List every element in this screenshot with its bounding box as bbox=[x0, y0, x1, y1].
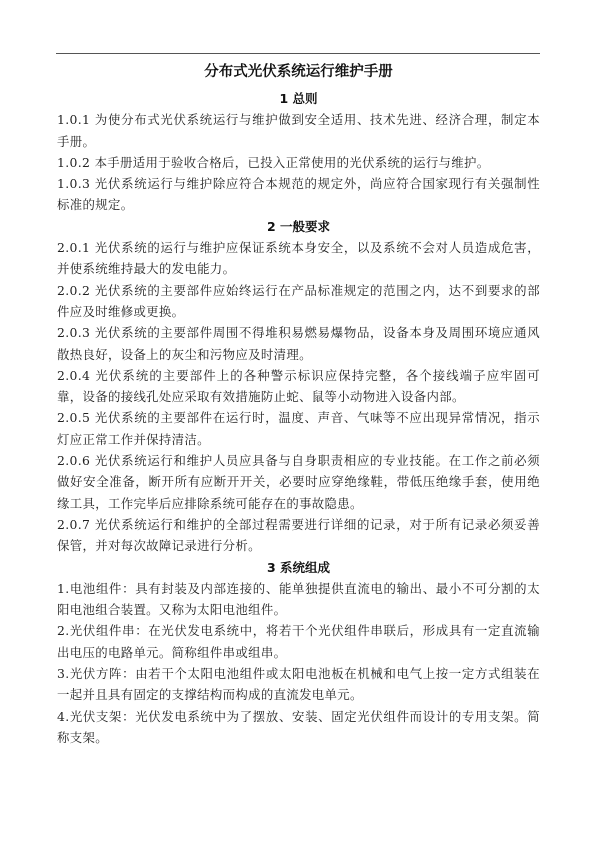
definition-pv-array: 3.光伏方阵：由若干个太阳电池组件或太阳电池板在机械和电气上按一定方式组装在一起… bbox=[57, 663, 540, 706]
clause-2-0-7: 2.0.7 光伏系统运行和维护的全部过程需要进行详细的记录，对于所有记录必须妥善… bbox=[57, 514, 540, 557]
section-heading: 2 一般要求 bbox=[57, 216, 540, 237]
section-system-composition: 3 系统组成 1.电池组件：具有封装及内部连接的、能单独提供直流电的输出、最小不… bbox=[57, 557, 540, 749]
document-body: 1 总则 1.0.1 为使分布式光伏系统运行与维护做到安全适用、技术先进、经济合… bbox=[57, 88, 540, 748]
clause-1-0-1: 1.0.1 为使分布式光伏系统运行与维护做到安全适用、技术先进、经济合理，制定本… bbox=[57, 109, 540, 152]
clause-2-0-3: 2.0.3 光伏系统的主要部件周围不得堆积易燃易爆物品，设备本身及周围环境应通风… bbox=[57, 322, 540, 365]
clause-2-0-6: 2.0.6 光伏系统运行和维护人员应具备与自身职责相应的专业技能。在工作之前必须… bbox=[57, 450, 540, 514]
definition-pv-bracket: 4.光伏支架：光伏发电系统中为了摆放、安装、固定光伏组件而设计的专用支架。简称支… bbox=[57, 706, 540, 749]
clause-1-0-3: 1.0.3 光伏系统运行与维护除应符合本规范的规定外，尚应符合国家现行有关强制性… bbox=[57, 173, 540, 216]
section-heading: 1 总则 bbox=[57, 88, 540, 109]
clause-1-0-2: 1.0.2 本手册适用于验收合格后，已投入正常使用的光伏系统的运行与维护。 bbox=[57, 152, 540, 173]
section-heading: 3 系统组成 bbox=[57, 557, 540, 578]
header-rule bbox=[56, 53, 540, 54]
definition-pv-module: 1.电池组件：具有封装及内部连接的、能单独提供直流电的输出、最小不可分割的太阳电… bbox=[57, 578, 540, 621]
clause-2-0-4: 2.0.4 光伏系统的主要部件上的各种警示标识应保持完整，各个接线端子应牢固可靠… bbox=[57, 365, 540, 408]
clause-2-0-2: 2.0.2 光伏系统的主要部件应始终运行在产品标准规定的范围之内，达不到要求的部… bbox=[57, 280, 540, 323]
section-general-principles: 1 总则 1.0.1 为使分布式光伏系统运行与维护做到安全适用、技术先进、经济合… bbox=[57, 88, 540, 216]
section-general-requirements: 2 一般要求 2.0.1 光伏系统的运行与维护应保证系统本身安全，以及系统不会对… bbox=[57, 216, 540, 557]
document-title: 分布式光伏系统运行维护手册 bbox=[57, 62, 540, 82]
clause-2-0-5: 2.0.5 光伏系统的主要部件在运行时，温度、声音、气味等不应出现异常情况，指示… bbox=[57, 407, 540, 450]
definition-pv-string: 2.光伏组件串：在光伏发电系统中，将若干个光伏组件串联后，形成具有一定直流输出电… bbox=[57, 620, 540, 663]
clause-2-0-1: 2.0.1 光伏系统的运行与维护应保证系统本身安全，以及系统不会对人员造成危害，… bbox=[57, 237, 540, 280]
